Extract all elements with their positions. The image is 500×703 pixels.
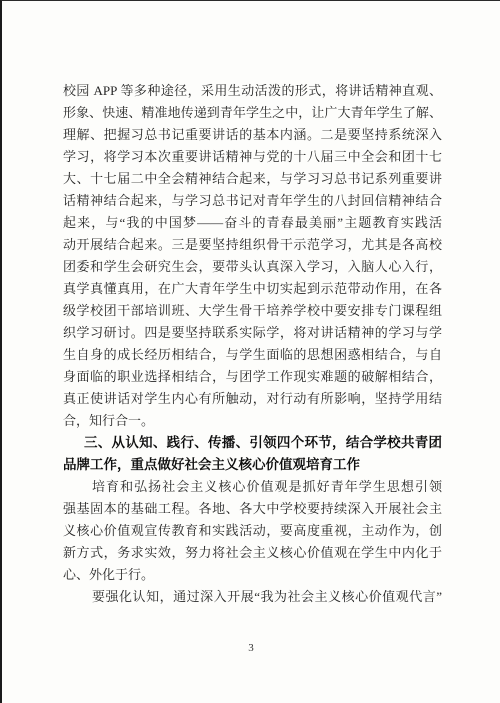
text-line: 心、外化于行。 [63, 564, 442, 586]
text-line: 动开展结合起来。三是要坚持组织骨干示范学习，尤其是各高校 [63, 234, 442, 256]
scanned-document-page: 校园 APP 等多种途径，采用生动活泼的形式，将讲话精神直观、形象、快速、精准地… [0, 0, 500, 703]
text-line: 学习，将学习本次重要讲话精神与党的十八届三中全会和团十七 [63, 146, 442, 168]
text-line: 培育和弘扬社会主义核心价值观是抓好青年学生思想引领 [63, 476, 442, 498]
text-line: 理解、把握习总书记重要讲话的基本内涵。二是要坚持系统深入 [63, 124, 442, 146]
page-number: 3 [2, 642, 500, 654]
text-line: 起来，与“我的中国梦——奋斗的青春最美丽”主题教育实践活 [63, 212, 442, 234]
text-line: 身面临的职业选择相结合，与团学工作现实难题的破解相结合， [63, 366, 442, 388]
text-line: 义核心价值观宣传教育和实践活动，要高度重视，主动作为，创 [63, 520, 442, 542]
text-line: 要强化认知，通过深入开展“我为社会主义核心价值观代言” [63, 586, 442, 608]
text-line: 话精神结合起来，与学习总书记对青年学生的八封回信精神结合 [63, 190, 442, 212]
text-line: 合，知行合一。 [63, 410, 442, 432]
document-text-block: 校园 APP 等多种途径，采用生动活泼的形式，将讲话精神直观、形象、快速、精准地… [63, 80, 442, 608]
text-line: 校园 APP 等多种途径，采用生动活泼的形式，将讲话精神直观、 [63, 80, 442, 102]
text-line: 新方式，务求实效，努力将社会主义核心价值观在学生中内化于 [63, 542, 442, 564]
text-line: 团委和学生会研究生会，要带头认真深入学习，入脑人心入行， [63, 256, 442, 278]
text-line: 形象、快速、精准地传递到青年学生之中，让广大青年学生了解、 [63, 102, 442, 124]
text-line: 大、十七届二中全会精神结合起来，与学习习总书记系列重要讲 [63, 168, 442, 190]
text-line: 织学习研讨。四是要坚持联系实际学，将对讲话精神的学习与学 [63, 322, 442, 344]
text-line: 生自身的成长经历相结合，与学生面临的思想困惑相结合，与自 [63, 344, 442, 366]
heading-line: 品牌工作，重点做好社会主义核心价值观培育工作 [63, 454, 442, 476]
text-line: 真正使讲话对学生内心有所触动，对行动有所影响，坚持学用结 [63, 388, 442, 410]
text-line: 强基固本的基础工程。各地、各大中学校要持续深入开展社会主 [63, 498, 442, 520]
text-line: 真学真懂真用，在广大青年学生中切实起到示范带动作用，在各 [63, 278, 442, 300]
heading-line: 三、从认知、践行、传播、引领四个环节，结合学校共青团 [63, 432, 442, 454]
text-line: 级学校团干部培训班、大学生骨干培养学校中要安排专门课程组 [63, 300, 442, 322]
